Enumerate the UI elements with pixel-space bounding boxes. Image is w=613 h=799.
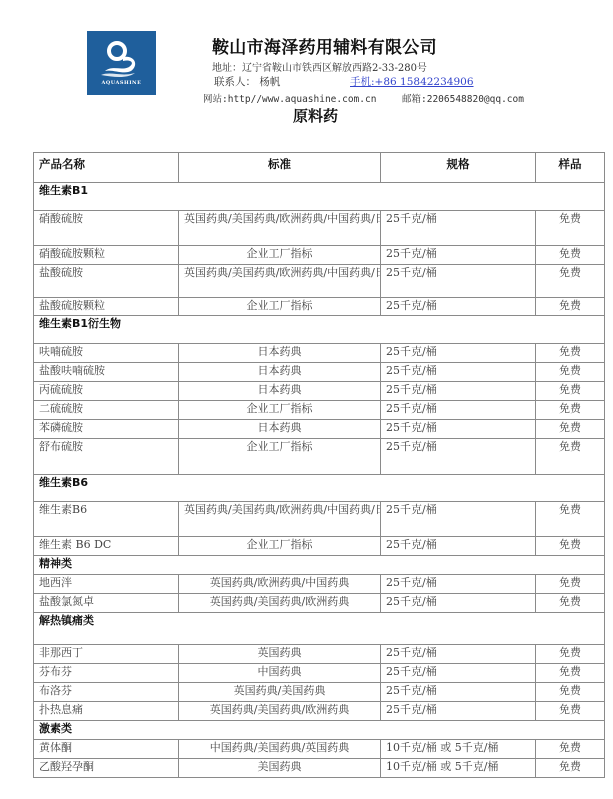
product-spec: 25千克/桶 [381,265,536,298]
product-standard: 英国药典/美国药典/欧洲药典/中国药典/日本药典 [179,502,381,537]
logo-text: AQUASHINE [87,80,156,86]
product-sample: 免费 [536,382,605,401]
product-spec: 10千克/桶 或 5千克/桶 [381,740,536,759]
product-sample: 免费 [536,439,605,475]
product-sample: 免费 [536,537,605,556]
company-logo: AQUASHINE [87,31,156,95]
contact-person: 联系人： 杨帆 [214,74,280,89]
product-name: 非那西丁 [34,645,179,664]
product-spec: 10千克/桶 或 5千克/桶 [381,759,536,778]
product-standard: 美国药典 [179,759,381,778]
table-row: 维生素 B6 DC 企业工厂指标 25千克/桶 免费 [34,537,605,556]
product-sample: 免费 [536,298,605,316]
category-row: 维生素B1衍生物 [34,316,605,344]
product-spec: 25千克/桶 [381,211,536,246]
category-label: 维生素B1 [34,183,605,211]
product-name: 芬布芬 [34,664,179,683]
product-sample: 免费 [536,664,605,683]
product-spec: 25千克/桶 [381,502,536,537]
table-row: 黄体酮 中国药典/美国药典/英国药典 10千克/桶 或 5千克/桶 免费 [34,740,605,759]
product-name: 盐酸硫胺 [34,265,179,298]
product-standard: 企业工厂指标 [179,401,381,420]
product-standard: 英国药典/美国药典/欧洲药典/中国药典/日本药典 [179,265,381,298]
product-spec: 25千克/桶 [381,645,536,664]
table-row: 二硫硫胺 企业工厂指标 25千克/桶 免费 [34,401,605,420]
table-row: 布洛芬 英国药典/美国药典 25千克/桶 免费 [34,683,605,702]
product-sample: 免费 [536,344,605,363]
product-table: 产品名称 标准 规格 样品 维生素B1 硝酸硫胺 英国药典/美国药典/欧洲药典/… [33,152,605,778]
email-text: 邮箱:2206548820@qq.com [402,91,524,105]
product-spec: 25千克/桶 [381,344,536,363]
company-address: 地址：辽宁省鞍山市铁西区解放西路2-33-280号 [212,59,427,74]
table-row: 扑热息痛 英国药典/美国药典/欧洲药典 25千克/桶 免费 [34,702,605,721]
product-standard: 日本药典 [179,420,381,439]
product-sample: 免费 [536,702,605,721]
product-sample: 免费 [536,759,605,778]
table-row: 盐酸氯氮卓 英国药典/美国药典/欧洲药典 25千克/桶 免费 [34,594,605,613]
product-spec: 25千克/桶 [381,702,536,721]
table-row: 盐酸硫胺颗粒 企业工厂指标 25千克/桶 免费 [34,298,605,316]
product-sample: 免费 [536,363,605,382]
category-row: 激素类 [34,721,605,740]
product-standard: 日本药典 [179,382,381,401]
product-spec: 25千克/桶 [381,575,536,594]
product-name: 地西泮 [34,575,179,594]
product-name: 布洛芬 [34,683,179,702]
product-name: 丙硫硫胺 [34,382,179,401]
table-row: 维生素B6 英国药典/美国药典/欧洲药典/中国药典/日本药典 25千克/桶 免费 [34,502,605,537]
product-name: 硝酸硫胺 [34,211,179,246]
product-sample: 免费 [536,420,605,439]
table-row: 苯磷硫胺 日本药典 25千克/桶 免费 [34,420,605,439]
product-standard: 企业工厂指标 [179,537,381,556]
product-name: 盐酸呋喃硫胺 [34,363,179,382]
product-spec: 25千克/桶 [381,683,536,702]
table-row: 地西泮 英国药典/欧洲药典/中国药典 25千克/桶 免费 [34,575,605,594]
product-sample: 免费 [536,502,605,537]
product-spec: 25千克/桶 [381,382,536,401]
product-name: 乙酸羟孕酮 [34,759,179,778]
product-standard: 日本药典 [179,363,381,382]
product-sample: 免费 [536,401,605,420]
phone-link[interactable]: 手机:+86 15842234906 [350,74,474,89]
category-row: 维生素B1 [34,183,605,211]
header-standard: 标准 [179,153,381,183]
product-standard: 日本药典 [179,344,381,363]
website-text: 网站:http//www.aquashine.com.cn [203,91,376,105]
category-label: 精神类 [34,556,605,575]
product-sample: 免费 [536,594,605,613]
product-name: 维生素B6 [34,502,179,537]
product-name: 盐酸氯氮卓 [34,594,179,613]
product-sample: 免费 [536,265,605,298]
category-row: 解热镇痛类 [34,613,605,645]
table-row: 硝酸硫胺颗粒 企业工厂指标 25千克/桶 免费 [34,246,605,265]
product-standard: 企业工厂指标 [179,439,381,475]
header-spec: 规格 [381,153,536,183]
product-standard: 英国药典/美国药典/欧洲药典/中国药典/日本药典 [179,211,381,246]
table-row: 盐酸硫胺 英国药典/美国药典/欧洲药典/中国药典/日本药典 25千克/桶 免费 [34,265,605,298]
header-sample: 样品 [536,153,605,183]
product-name: 硝酸硫胺颗粒 [34,246,179,265]
product-standard: 中国药典 [179,664,381,683]
product-name: 呋喃硫胺 [34,344,179,363]
product-standard: 英国药典/美国药典 [179,683,381,702]
table-row: 硝酸硫胺 英国药典/美国药典/欧洲药典/中国药典/日本药典 25千克/桶 免费 [34,211,605,246]
category-row: 精神类 [34,556,605,575]
table-row: 芬布芬 中国药典 25千克/桶 免费 [34,664,605,683]
header-product-name: 产品名称 [34,153,179,183]
product-sample: 免费 [536,575,605,594]
table-header-row: 产品名称 标准 规格 样品 [34,153,605,183]
product-sample: 免费 [536,211,605,246]
product-name: 苯磷硫胺 [34,420,179,439]
category-label: 维生素B6 [34,475,605,502]
product-sample: 免费 [536,683,605,702]
product-spec: 25千克/桶 [381,298,536,316]
product-standard: 企业工厂指标 [179,298,381,316]
category-label: 解热镇痛类 [34,613,605,645]
product-sample: 免费 [536,645,605,664]
product-name: 舒布硫胺 [34,439,179,475]
product-spec: 25千克/桶 [381,594,536,613]
table-row: 呋喃硫胺 日本药典 25千克/桶 免费 [34,344,605,363]
product-spec: 25千克/桶 [381,401,536,420]
product-name: 维生素 B6 DC [34,537,179,556]
document-title: 原料药 [293,105,338,126]
product-spec: 25千克/桶 [381,537,536,556]
product-spec: 25千克/桶 [381,664,536,683]
product-standard: 中国药典/美国药典/英国药典 [179,740,381,759]
product-name: 二硫硫胺 [34,401,179,420]
product-spec: 25千克/桶 [381,363,536,382]
product-standard: 英国药典/欧洲药典/中国药典 [179,575,381,594]
product-spec: 25千克/桶 [381,439,536,475]
product-sample: 免费 [536,246,605,265]
product-standard: 企业工厂指标 [179,246,381,265]
product-name: 黄体酮 [34,740,179,759]
product-name: 扑热息痛 [34,702,179,721]
product-standard: 英国药典/美国药典/欧洲药典 [179,702,381,721]
product-spec: 25千克/桶 [381,246,536,265]
category-row: 维生素B6 [34,475,605,502]
company-name: 鞍山市海泽药用辅料有限公司 [212,33,437,58]
table-row: 盐酸呋喃硫胺 日本药典 25千克/桶 免费 [34,363,605,382]
product-spec: 25千克/桶 [381,420,536,439]
product-standard: 英国药典/美国药典/欧洲药典 [179,594,381,613]
product-sample: 免费 [536,740,605,759]
table-row: 丙硫硫胺 日本药典 25千克/桶 免费 [34,382,605,401]
category-label: 激素类 [34,721,605,740]
product-name: 盐酸硫胺颗粒 [34,298,179,316]
table-row: 非那西丁 英国药典 25千克/桶 免费 [34,645,605,664]
category-label: 维生素B1衍生物 [34,316,605,344]
table-row: 乙酸羟孕酮 美国药典 10千克/桶 或 5千克/桶 免费 [34,759,605,778]
product-standard: 英国药典 [179,645,381,664]
table-row: 舒布硫胺 企业工厂指标 25千克/桶 免费 [34,439,605,475]
